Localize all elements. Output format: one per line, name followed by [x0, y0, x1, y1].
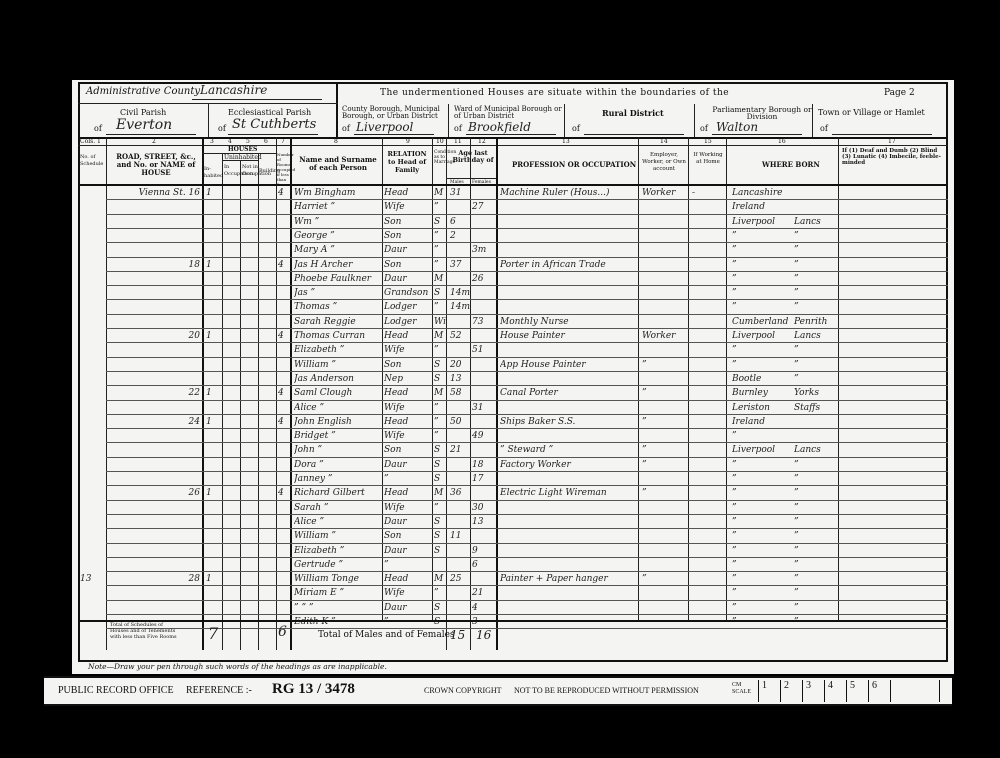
marital-condition: M: [434, 386, 446, 400]
working-at-home: [692, 372, 726, 386]
schedule-number: [80, 443, 104, 457]
birthplace-county: [794, 429, 838, 443]
marital-condition: M: [434, 186, 446, 200]
footer-scale-label: CM SCALE: [732, 682, 754, 696]
col-age-heading: Age last Birthday of: [450, 150, 496, 164]
footer-bar: PUBLIC RECORD OFFICE REFERENCE :- RG 13 …: [44, 676, 952, 706]
rooms-count: [278, 429, 290, 443]
occupation: [500, 215, 638, 229]
employment-status: Worker: [642, 329, 688, 343]
marital-condition: M: [434, 272, 446, 286]
working-at-home: [692, 315, 726, 329]
rooms-count: [278, 272, 290, 286]
relation: Son: [384, 443, 432, 457]
schedule-number: [80, 486, 104, 500]
birthplace-county: ”: [794, 272, 838, 286]
inhabited-count: 1: [206, 258, 220, 272]
marital-condition: ”: [434, 300, 446, 314]
marital-condition: Wid: [434, 315, 446, 329]
age-female: [472, 329, 496, 343]
occupation: Electric Light Wireman: [500, 486, 638, 500]
houses-total: 7: [208, 624, 218, 643]
col-occupation-heading: PROFESSION OR OCCUPATION: [512, 160, 636, 169]
footer-copyright: CROWN COPYRIGHT: [424, 686, 502, 695]
schedule-number: [80, 200, 104, 214]
road-address: 24: [112, 415, 200, 429]
marital-condition: S: [434, 372, 446, 386]
road-address: [112, 229, 200, 243]
inhabited-count: [206, 215, 220, 229]
occupation: [500, 243, 638, 257]
age-male: [450, 429, 470, 443]
person-name: Phoebe Faulkner: [294, 272, 382, 286]
person-name: Edith K ”: [294, 615, 382, 629]
birthplace: ”: [732, 544, 792, 558]
scale-mark: 5: [846, 680, 868, 702]
rural-district-label: Rural District: [602, 108, 664, 118]
age-female: 31: [472, 401, 496, 415]
birthplace-county: ”: [794, 615, 838, 629]
parliamentary-value: Walton: [716, 120, 758, 134]
occupation: Porter in African Trade: [500, 258, 638, 272]
footer-reference-value: RG 13 / 3478: [272, 681, 355, 698]
schedule-number: [80, 329, 104, 343]
employment-status: [642, 515, 688, 529]
rooms-count: 4: [278, 186, 290, 200]
occupation: [500, 601, 638, 615]
occupation: [500, 501, 638, 515]
occupation: [500, 558, 638, 572]
civil-parish-label: Civil Parish: [120, 108, 166, 117]
birthplace-county: ”: [794, 601, 838, 615]
marital-condition: ”: [434, 258, 446, 272]
col-relation-heading: RELATION to Head of Family: [384, 150, 430, 174]
age-male: 11: [450, 529, 470, 543]
person-name: Elizabeth ”: [294, 544, 382, 558]
inhabited-count: [206, 200, 220, 214]
note-text: Note—Draw your pen through such words of…: [88, 662, 387, 671]
scale-mark: 3: [802, 680, 824, 702]
person-name: John English: [294, 415, 382, 429]
person-name: Sarah ”: [294, 501, 382, 515]
schedule-number: [80, 315, 104, 329]
rooms-count: [278, 243, 290, 257]
parliamentary-label: Parliamentary Borough or Division: [712, 106, 812, 120]
age-male: [450, 558, 470, 572]
ward-label: Ward of Municipal Borough or of Urban Di…: [454, 106, 564, 120]
road-address: 26: [112, 486, 200, 500]
employment-status: [642, 429, 688, 443]
working-at-home: [692, 343, 726, 357]
marital-condition: M: [434, 486, 446, 500]
age-male: [450, 200, 470, 214]
inhabited-count: 1: [206, 386, 220, 400]
working-at-home: [692, 401, 726, 415]
schedule-number: [80, 372, 104, 386]
birthplace-county: [794, 200, 838, 214]
males-total: 15: [450, 628, 465, 642]
birthplace-county: ”: [794, 586, 838, 600]
birthplace-county: ”: [794, 529, 838, 543]
birthplace-county: ”: [794, 558, 838, 572]
age-female: 3m: [472, 243, 496, 257]
occupation: Canal Porter: [500, 386, 638, 400]
rooms-count: [278, 358, 290, 372]
relation: Son: [384, 529, 432, 543]
marital-condition: M: [434, 572, 446, 586]
age-male: 6: [450, 215, 470, 229]
page-label: Page 2: [884, 88, 915, 98]
employment-status: [642, 243, 688, 257]
birthplace-county: ”: [794, 343, 838, 357]
age-female: [472, 415, 496, 429]
birthplace: ”: [732, 558, 792, 572]
age-male: [450, 243, 470, 257]
age-male: 36: [450, 486, 470, 500]
employment-status: ”: [642, 386, 688, 400]
scale-mark: 2: [780, 680, 802, 702]
employment-status: [642, 300, 688, 314]
marital-condition: ”: [434, 586, 446, 600]
employment-status: ”: [642, 443, 688, 457]
person-name: John ”: [294, 443, 382, 457]
schedule-number: [80, 544, 104, 558]
col-where-born-heading: WHERE BORN: [762, 160, 820, 169]
working-at-home: [692, 358, 726, 372]
age-male: [450, 501, 470, 515]
age-male: [450, 586, 470, 600]
working-at-home: [692, 329, 726, 343]
inhabited-count: [206, 601, 220, 615]
relation: Wife: [384, 200, 432, 214]
relation: Head: [384, 386, 432, 400]
inhabited-count: 1: [206, 186, 220, 200]
occupation: [500, 615, 638, 629]
inhabited-count: [206, 358, 220, 372]
birthplace-county: ”: [794, 458, 838, 472]
schedule-number: [80, 501, 104, 515]
person-name: Alice ”: [294, 515, 382, 529]
employment-status: ”: [642, 415, 688, 429]
birthplace: Liverpool: [732, 215, 792, 229]
birthplace-county: Lancs: [794, 215, 838, 229]
inhabited-count: [206, 300, 220, 314]
marital-condition: ”: [434, 429, 446, 443]
birthplace: ”: [732, 515, 792, 529]
road-address: [112, 358, 200, 372]
marital-condition: [434, 558, 446, 572]
road-address: [112, 215, 200, 229]
working-at-home: [692, 501, 726, 515]
person-name: Miriam E ”: [294, 586, 382, 600]
birthplace: Ireland: [732, 200, 792, 214]
working-at-home: [692, 443, 726, 457]
age-male: [450, 515, 470, 529]
person-name: Jas H Archer: [294, 258, 382, 272]
relation: Head: [384, 186, 432, 200]
working-at-home: [692, 229, 726, 243]
inhabited-count: [206, 472, 220, 486]
working-at-home: [692, 286, 726, 300]
road-address: [112, 529, 200, 543]
schedule-number: 13: [80, 572, 104, 586]
rooms-count: 4: [278, 329, 290, 343]
person-name: Richard Gilbert: [294, 486, 382, 500]
rooms-total: 6: [278, 624, 287, 640]
relation: Son: [384, 258, 432, 272]
birthplace-county: Lancs: [794, 443, 838, 457]
age-female: [472, 186, 496, 200]
age-male: [450, 601, 470, 615]
employment-status: [642, 286, 688, 300]
birthplace: ”: [732, 586, 792, 600]
occupation: Machine Ruler (Hous...): [500, 186, 638, 200]
marital-condition: S: [434, 601, 446, 615]
employment-status: [642, 529, 688, 543]
working-at-home: [692, 472, 726, 486]
birthplace-county: ”: [794, 358, 838, 372]
person-name: Gertrude ”: [294, 558, 382, 572]
birthplace: ”: [732, 486, 792, 500]
rooms-count: [278, 372, 290, 386]
birthplace: Ireland: [732, 415, 792, 429]
inhabited-count: [206, 315, 220, 329]
relation: Lodger: [384, 300, 432, 314]
schedule-number: [80, 343, 104, 357]
road-address: [112, 429, 200, 443]
relation: Wife: [384, 343, 432, 357]
employment-status: [642, 315, 688, 329]
schedule-number: [80, 215, 104, 229]
working-at-home: [692, 486, 726, 500]
col-houses-heading: HOUSES: [228, 146, 257, 153]
relation: Grandson: [384, 286, 432, 300]
working-at-home: [692, 386, 726, 400]
admin-county-label: Administrative County: [86, 86, 200, 97]
birthplace: Bootle: [732, 372, 792, 386]
person-name: Saml Clough: [294, 386, 382, 400]
relation: Son: [384, 229, 432, 243]
relation: Head: [384, 486, 432, 500]
rooms-count: [278, 558, 290, 572]
birthplace: ”: [732, 601, 792, 615]
road-address: [112, 401, 200, 415]
age-female: 17: [472, 472, 496, 486]
birthplace: ”: [732, 229, 792, 243]
birthplace: ”: [732, 501, 792, 515]
county-borough-label: County Borough, Municipal Borough, or Ur…: [342, 106, 452, 120]
relation: Daur: [384, 272, 432, 286]
road-address: [112, 515, 200, 529]
person-name: Thomas Curran: [294, 329, 382, 343]
working-at-home: [692, 258, 726, 272]
age-male: 31: [450, 186, 470, 200]
employment-status: [642, 258, 688, 272]
col-name-heading: Name and Surname of each Person: [298, 156, 378, 172]
person-name: William ”: [294, 358, 382, 372]
rooms-count: [278, 343, 290, 357]
occupation: [500, 401, 638, 415]
inhabited-count: [206, 429, 220, 443]
road-address: [112, 501, 200, 515]
employment-status: [642, 615, 688, 629]
birthplace-county: Penrith: [794, 315, 838, 329]
birthplace-county: ”: [794, 243, 838, 257]
road-address: [112, 443, 200, 457]
employment-status: [642, 544, 688, 558]
county-borough-value: Liverpool: [356, 120, 413, 134]
rooms-count: [278, 229, 290, 243]
person-name: Harriet ”: [294, 200, 382, 214]
rooms-count: [278, 544, 290, 558]
marital-condition: S: [434, 358, 446, 372]
birthplace-county: ”: [794, 486, 838, 500]
occupation: [500, 472, 638, 486]
working-at-home: [692, 300, 726, 314]
scale-mark: 1: [758, 680, 780, 702]
person-name: Jas Anderson: [294, 372, 382, 386]
age-female: 18: [472, 458, 496, 472]
inhabited-count: [206, 372, 220, 386]
employment-status: [642, 401, 688, 415]
admin-county-value: Lancashire: [200, 83, 267, 97]
employment-status: [642, 200, 688, 214]
age-male: 25: [450, 572, 470, 586]
age-male: [450, 544, 470, 558]
birthplace: ”: [732, 243, 792, 257]
employment-status: [642, 215, 688, 229]
inhabited-count: [206, 586, 220, 600]
working-at-home: [692, 615, 726, 629]
relation: Wife: [384, 429, 432, 443]
marital-condition: S: [434, 615, 446, 629]
age-female: 13: [472, 515, 496, 529]
schedule-number: [80, 401, 104, 415]
schedule-number: [80, 286, 104, 300]
civil-parish-value: Everton: [116, 117, 172, 133]
birthplace: ”: [732, 272, 792, 286]
rooms-count: [278, 286, 290, 300]
schedule-number: [80, 515, 104, 529]
schedule-number: [80, 243, 104, 257]
road-address: [112, 372, 200, 386]
birthplace: Burnley: [732, 386, 792, 400]
relation: Daur: [384, 515, 432, 529]
inhabited-count: 1: [206, 486, 220, 500]
age-female: [472, 358, 496, 372]
age-female: 49: [472, 429, 496, 443]
schedule-number: [80, 429, 104, 443]
age-male: 13: [450, 372, 470, 386]
relation: Son: [384, 358, 432, 372]
marital-condition: S: [434, 544, 446, 558]
person-name: ” ” ”: [294, 601, 382, 615]
occupation: Ships Baker S.S.: [500, 415, 638, 429]
occupation: [500, 515, 638, 529]
marital-condition: S: [434, 443, 446, 457]
age-female: 9: [472, 544, 496, 558]
employment-status: [642, 272, 688, 286]
working-at-home: [692, 572, 726, 586]
relation: Daur: [384, 601, 432, 615]
marital-condition: S: [434, 458, 446, 472]
occupation: Painter + Paper hanger: [500, 572, 638, 586]
inhabited-count: [206, 458, 220, 472]
working-at-home: [692, 200, 726, 214]
birthplace: Liverpool: [732, 443, 792, 457]
relation: Son: [384, 215, 432, 229]
working-at-home: [692, 458, 726, 472]
inhabited-count: [206, 286, 220, 300]
schedule-number: [80, 472, 104, 486]
census-page: Administrative County Lancashire The und…: [72, 80, 954, 674]
col-schedule-heading: No. of Schedule: [80, 154, 104, 168]
age-female: 6: [472, 558, 496, 572]
road-address: [112, 472, 200, 486]
working-at-home: [692, 515, 726, 529]
marital-condition: S: [434, 529, 446, 543]
scale-mark: 4: [824, 680, 846, 702]
person-name: Wm Bingham: [294, 186, 382, 200]
employment-status: [642, 586, 688, 600]
town-label: Town or Village or Hamlet: [818, 108, 925, 117]
age-female: [472, 372, 496, 386]
age-female: [472, 443, 496, 457]
road-address: [112, 200, 200, 214]
working-at-home: [692, 215, 726, 229]
employment-status: [642, 343, 688, 357]
birthplace-county: Staffs: [794, 401, 838, 415]
birthplace: ”: [732, 258, 792, 272]
relation: Daur: [384, 544, 432, 558]
birthplace: ”: [732, 615, 792, 629]
rooms-count: [278, 515, 290, 529]
road-address: [112, 601, 200, 615]
col-road-heading: ROAD, STREET, &c., and No. or NAME of HO…: [112, 153, 200, 177]
schedule-number: [80, 358, 104, 372]
birthplace: Lancashire (Lpool): [732, 186, 792, 200]
marital-condition: ”: [434, 401, 446, 415]
road-address: Vienna St. 16: [112, 186, 200, 200]
age-female: 30: [472, 501, 496, 515]
working-at-home: -: [692, 186, 726, 200]
rooms-count: [278, 215, 290, 229]
birthplace: Cumberland: [732, 315, 792, 329]
birthplace-county: ”: [794, 300, 838, 314]
inhabited-count: [206, 558, 220, 572]
age-female: 21: [472, 586, 496, 600]
relation: Head: [384, 329, 432, 343]
birthplace: ”: [732, 529, 792, 543]
relation: Wife: [384, 401, 432, 415]
occupation: [500, 372, 638, 386]
occupation: [500, 229, 638, 243]
employment-status: ”: [642, 572, 688, 586]
person-name: Elizabeth ”: [294, 343, 382, 357]
birthplace-county: Lancs: [794, 329, 838, 343]
rooms-count: 4: [278, 415, 290, 429]
age-male: 14m: [450, 286, 470, 300]
relation: Nep: [384, 372, 432, 386]
title-line: The undermentioned Houses are situate wi…: [380, 88, 729, 98]
age-female: [472, 215, 496, 229]
ecclesiastical-parish-label: Ecclesiastical Parish: [228, 108, 311, 117]
schedule-number: [80, 601, 104, 615]
birthplace-county: ”: [794, 229, 838, 243]
rooms-count: 4: [278, 258, 290, 272]
relation: ”: [384, 558, 432, 572]
inhabited-count: 1: [206, 415, 220, 429]
